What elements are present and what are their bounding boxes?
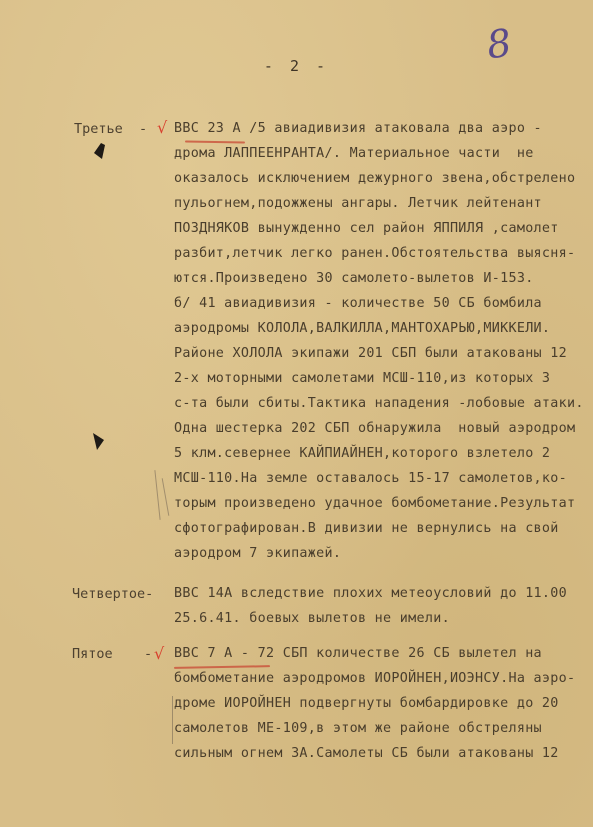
text-line: сфотографирован.В дивизии не вернулись н… <box>174 521 559 536</box>
pencil-margin-mark <box>172 696 173 744</box>
section-dash: - <box>144 646 152 662</box>
page-number: - 2 - <box>0 57 593 75</box>
text-line: ВВС 7 А - 72 СБП количестве 26 СБ вылете… <box>174 646 542 661</box>
section-label-fifth: Пятое <box>72 646 113 662</box>
text-line: разбит,летчик легко ранен.Обстоятельства… <box>174 246 575 261</box>
text-line: Одна шестерка 202 СБП обнаружила новый а… <box>174 421 575 436</box>
text-line: сильным огнем ЗА.Самолеты СБ были атаков… <box>174 746 559 761</box>
text-line: ПОЗДНЯКОВ вынужденно сел район ЯППИЛЯ ,с… <box>174 221 559 236</box>
red-checkmark-icon: √ <box>154 644 164 663</box>
section-label-fourth: Четвертое- <box>72 586 153 602</box>
pencil-margin-mark <box>162 478 170 516</box>
text-line: аэродром 7 экипажей. <box>174 546 341 561</box>
red-underline <box>174 665 270 669</box>
text-line: ВВС 14А вследствие плохих метеоусловий д… <box>174 586 567 601</box>
text-line: бомбометание аэродромов ИОРОЙНЕН,ИОЭНСУ.… <box>174 671 575 686</box>
text-line: 2-х моторными самолетами МСШ-110,из кото… <box>174 371 550 386</box>
text-line: торым произведено удачное бомбометание.Р… <box>174 496 575 511</box>
section-label-third: Третье - <box>74 121 147 137</box>
text-line: 5 клм.севернее КАЙПИАЙНЕН,которого взлет… <box>174 446 550 461</box>
red-underline <box>185 140 245 143</box>
ink-blot-icon <box>92 142 106 162</box>
document-page: 8 - 2 - Третье - √ ВВС 23 А /5 авиадивиз… <box>0 0 593 827</box>
ink-blot-icon <box>92 432 106 452</box>
text-line: дрома ЛАППЕЕНРАНТА/. Материальное части … <box>174 146 534 161</box>
text-line: пульогнем,подожжены ангары. Летчик лейте… <box>174 196 542 211</box>
text-line: аэродромы КОЛОЛА,ВАЛКИЛЛА,МАНТОХАРЬЮ,МИК… <box>174 321 550 336</box>
text-line: с-та были сбиты.Тактика нападения -лобов… <box>174 396 584 411</box>
text-line: дроме ИОРОЙНЕН подвергнуты бомбардировке… <box>174 696 559 711</box>
text-line: оказалось исключением дежурного звена,об… <box>174 171 575 186</box>
text-line: ВВС 23 А /5 авиадивизия атаковала два аэ… <box>174 121 542 136</box>
text-line: МСШ-110.На земле оставалось 15-17 самоле… <box>174 471 567 486</box>
text-line: самолетов МЕ-109,в этом же районе обстре… <box>174 721 542 736</box>
pencil-margin-mark <box>154 470 160 520</box>
text-line: ются.Произведено 30 самолето-вылетов И-1… <box>174 271 534 286</box>
text-line: 25.6.41. боевых вылетов не имели. <box>174 611 450 626</box>
text-line: Районе ХОЛОЛА экипажи 201 СБП были атако… <box>174 346 567 361</box>
red-checkmark-icon: √ <box>157 118 167 137</box>
text-line: б/ 41 авиадивизия - количестве 50 СБ бом… <box>174 296 542 311</box>
